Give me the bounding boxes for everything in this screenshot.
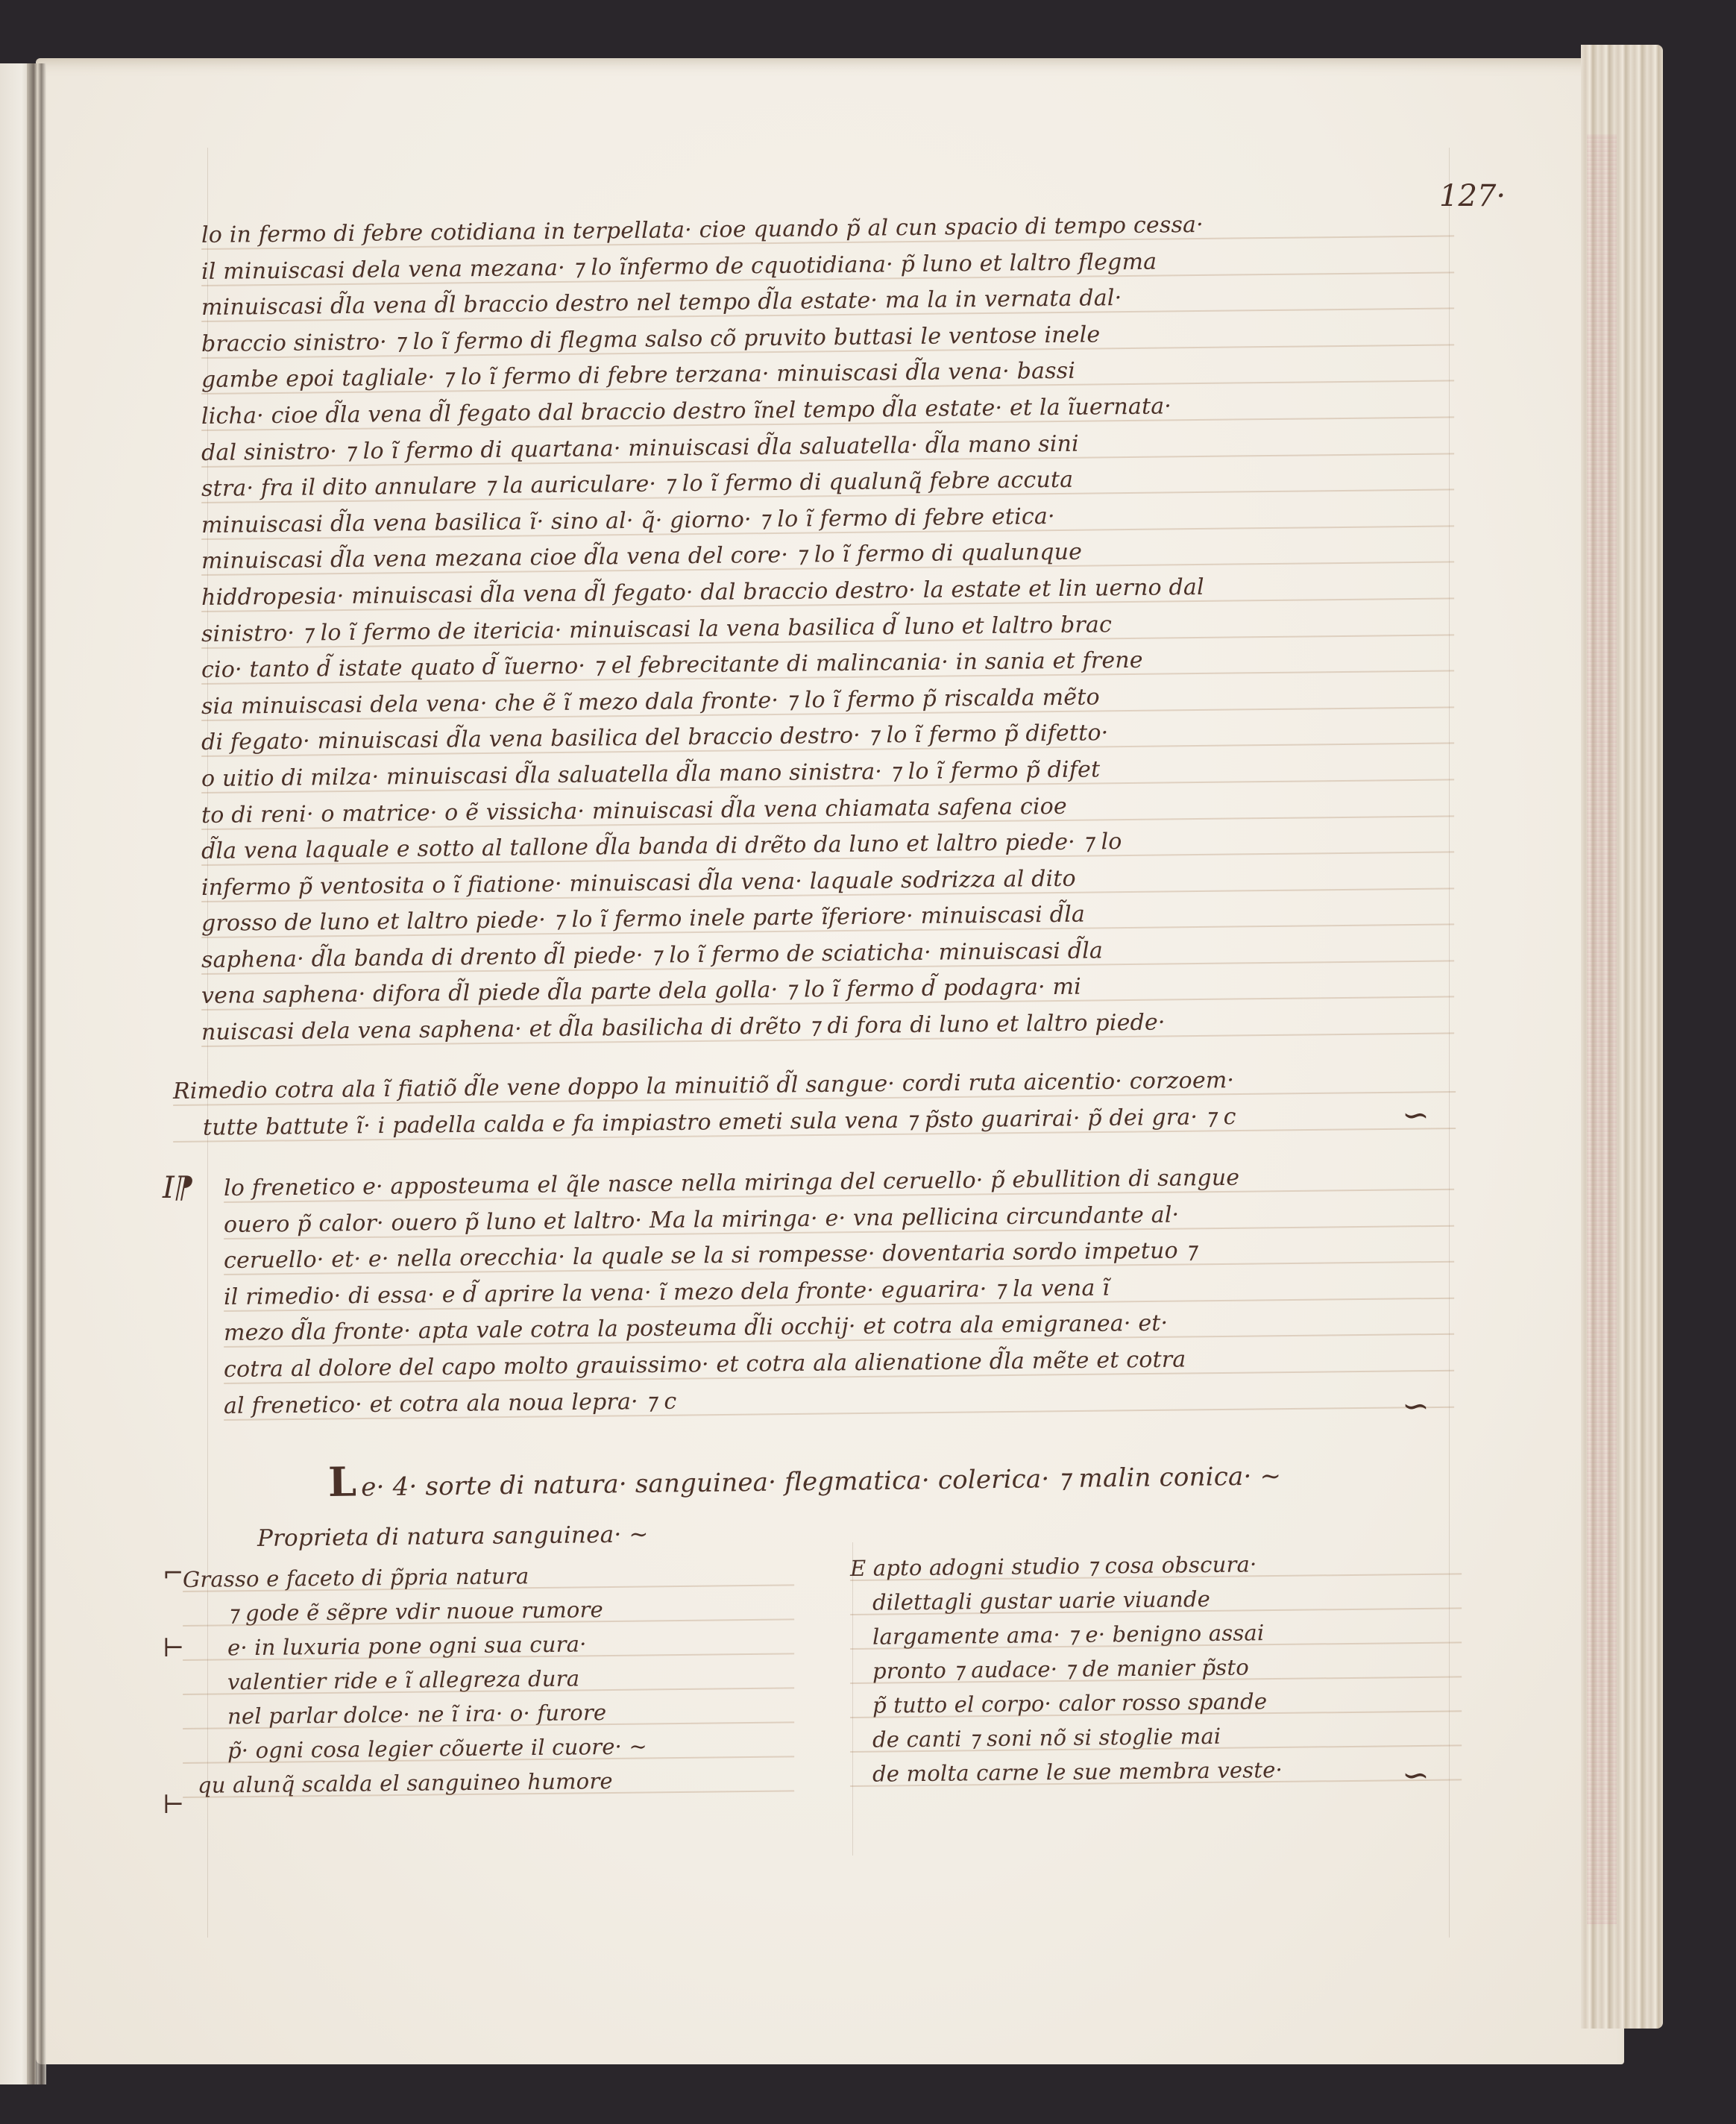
page-block-edges [1581,45,1663,2029]
verse-column-left: Grasso e faceto di p̃pria natura ⁊ gode … [183,1562,794,1803]
bracket-mark-icon: ⌐ [163,1559,184,1589]
paragraph-remedy: Rimedio cotra ala ĩ fiatiõ d̃le vene dop… [173,1074,1456,1146]
verse-line: de molta carne le sue membra veste· [850,1750,1462,1791]
subheading-sanguine: Proprieta di natura sanguinea· ~ [257,1521,649,1552]
line-end-flourish-icon: ∽ [1402,1387,1430,1425]
verse-line: qu alunq̃ scalda el sanguineo humore [183,1762,794,1803]
paragraph-frenzy: lo frenetico e· apposteuma el q̃le nasce… [224,1171,1454,1424]
bracket-mark-icon: ⊢ [163,1790,184,1820]
line-end-flourish-icon: ∽ [1402,1756,1430,1794]
line-end-flourish-icon: ∽ [1402,1096,1430,1134]
verse-column-right: E apto adogni studio ⁊ cosa obscura· dil… [850,1551,1462,1791]
book-gutter [27,63,46,2084]
paragraph-bloodletting: lo in fermo di febre cotidiana in terpel… [201,218,1454,1052]
paragraph-mark-icon: I⁋ [163,1171,193,1205]
decorated-initial: L [328,1458,357,1506]
bracket-mark-icon: ⊢ [163,1633,184,1663]
